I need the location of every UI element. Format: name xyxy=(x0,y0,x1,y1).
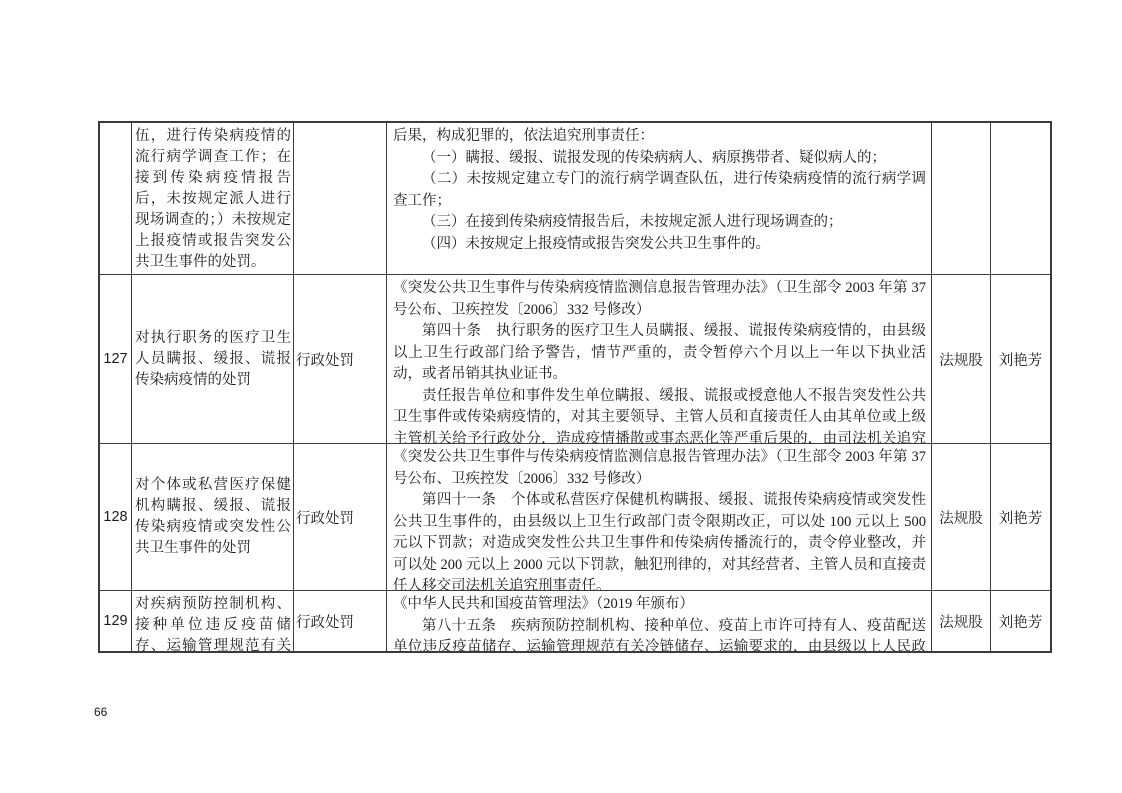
basis-list-item: （一）瞒报、缓报、谎报发现的传染病病人、病原携带者、疑似病人的； xyxy=(393,148,926,170)
cell-row-number: 127 xyxy=(100,275,132,444)
basis-paragraph: 第八十五条 疾病预防控制机构、接种单位、疫苗上市许可持有人、疫苗配送单位违反疫苗… xyxy=(393,616,926,652)
basis-paragraph: 《突发公共卫生事件与传染病疫情监测信息报告管理办法》（卫生部令 2003 年第 … xyxy=(393,278,926,321)
cell-responsible-section: 法规股 xyxy=(932,444,991,591)
cell-row-number: 129 xyxy=(100,591,132,651)
cell-item-description: 伍，进行传染病疫情的流行病学调查工作；在接到传染病疫情报告后，未按规定派人进行现… xyxy=(132,123,294,275)
cell-penalty-type: 行政处罚 xyxy=(294,591,387,651)
cell-legal-basis: 《突发公共卫生事件与传染病疫情监测信息报告管理办法》（卫生部令 2003 年第 … xyxy=(387,275,932,444)
cell-item-description: 对执行职务的医疗卫生人员瞒报、缓报、谎报传染病疫情的处罚 xyxy=(132,275,294,444)
cell-responsible-section: 法规股 xyxy=(932,275,991,444)
basis-paragraph: 《突发公共卫生事件与传染病疫情监测信息报告管理办法》（卫生部令 2003 年第 … xyxy=(393,447,926,490)
basis-list-item: （二）未按规定建立专门的流行病学调查队伍，进行传染病疫情的流行病学调查工作； xyxy=(393,169,926,212)
cell-row-number xyxy=(100,123,132,275)
basis-list-item: （四）未按规定上报疫情或报告突发公共卫生事件的。 xyxy=(393,234,926,256)
cell-responsible-person: 刘艳芳 xyxy=(991,444,1050,591)
cell-responsible-section xyxy=(932,123,991,275)
penalty-items-table: 伍，进行传染病疫情的流行病学调查工作；在接到传染病疫情报告后，未按规定派人进行现… xyxy=(98,121,1052,653)
item-description-text: 对个体或私营医疗保健机构瞒报、缓报、谎报传染病疫情或突发性公共卫生事件的处罚 xyxy=(135,475,291,559)
cell-item-description: 对疾病预防控制机构、接种单位违反疫苗储存、运输管理规范有关冷链储 xyxy=(132,591,294,651)
document-page: 伍，进行传染病疫情的流行病学调查工作；在接到传染病疫情报告后，未按规定派人进行现… xyxy=(0,0,1122,793)
basis-paragraph: 第四十一条 个体或私营医疗保健机构瞒报、缓报、谎报传染病疫情或突发性公共卫生事件… xyxy=(393,490,926,591)
cell-responsible-person xyxy=(991,123,1050,275)
basis-paragraph: 后果，构成犯罪的，依法追究刑事责任： xyxy=(393,126,926,148)
cell-legal-basis: 《中华人民共和国疫苗管理法》（2019 年颁布） 第八十五条 疾病预防控制机构、… xyxy=(387,591,932,651)
basis-paragraph: 责任报告单位和事件发生单位瞒报、缓报、谎报或授意他人不报告突发性公共卫生事件或传… xyxy=(393,386,926,445)
cell-responsible-person: 刘艳芳 xyxy=(991,591,1050,651)
cell-legal-basis: 后果，构成犯罪的，依法追究刑事责任： （一）瞒报、缓报、谎报发现的传染病病人、病… xyxy=(387,123,932,275)
cell-responsible-person: 刘艳芳 xyxy=(991,275,1050,444)
cell-legal-basis: 《突发公共卫生事件与传染病疫情监测信息报告管理办法》（卫生部令 2003 年第 … xyxy=(387,444,932,591)
cell-penalty-type xyxy=(294,123,387,275)
cell-row-number: 128 xyxy=(100,444,132,591)
cell-responsible-section: 法规股 xyxy=(932,591,991,651)
basis-paragraph: 《中华人民共和国疫苗管理法》（2019 年颁布） xyxy=(393,594,926,616)
cell-penalty-type: 行政处罚 xyxy=(294,444,387,591)
item-description-text: 对执行职务的医疗卫生人员瞒报、缓报、谎报传染病疫情的处罚 xyxy=(135,328,291,391)
cell-penalty-type: 行政处罚 xyxy=(294,275,387,444)
cell-item-description: 对个体或私营医疗保健机构瞒报、缓报、谎报传染病疫情或突发性公共卫生事件的处罚 xyxy=(132,444,294,591)
basis-paragraph: 第四十条 执行职务的医疗卫生人员瞒报、缓报、谎报传染病疫情的，由县级以上卫生行政… xyxy=(393,321,926,386)
basis-list-item: （三）在接到传染病疫情报告后，未按规定派人进行现场调查的； xyxy=(393,212,926,234)
page-number: 66 xyxy=(94,705,107,719)
